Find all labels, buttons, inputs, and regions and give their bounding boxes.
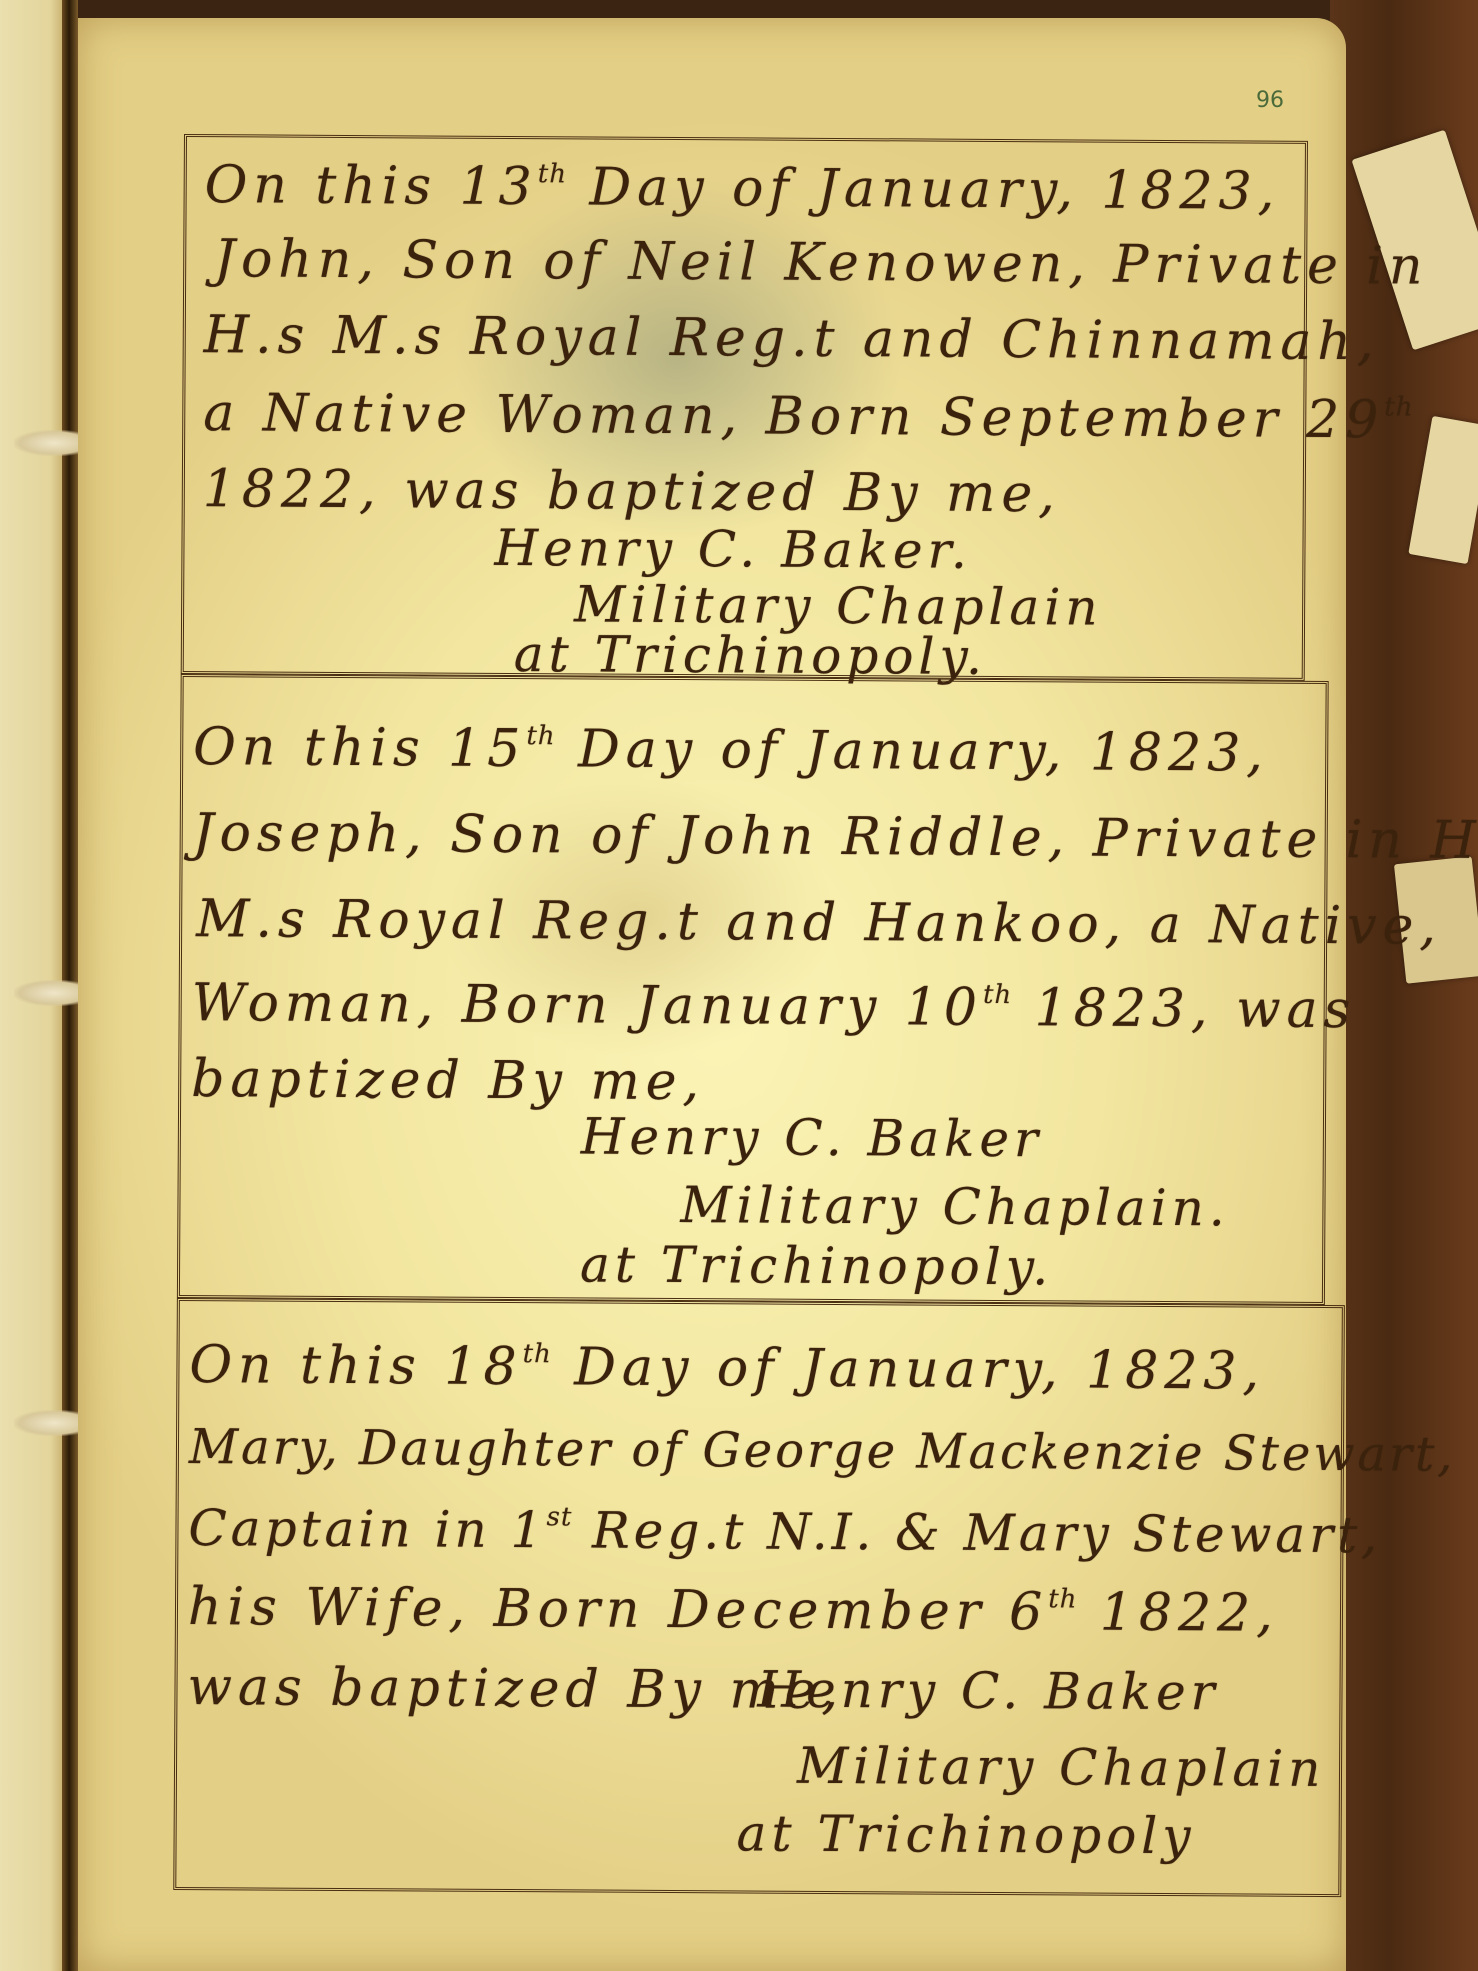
- entry-line: baptized By me,: [191, 1049, 705, 1112]
- entry-line: Woman, Born January 10th 1823, was: [192, 973, 1357, 1040]
- signature-title: Military Chaplain.: [680, 1176, 1230, 1237]
- entry-line: Joseph, Son of John Riddle, Private in H…: [193, 803, 1478, 871]
- signature-location: at Trichinopoly.: [580, 1235, 1053, 1296]
- entry-line: On this 15th Day of January, 1823,: [193, 717, 1269, 784]
- entry-line: his Wife, Born December 6th 1822,: [188, 1577, 1279, 1644]
- page-number: 96: [1256, 88, 1284, 113]
- entry-line: Mary, Daughter of George Mackenzie Stewa…: [189, 1419, 1456, 1483]
- signature-name: Henry C. Baker: [757, 1661, 1219, 1722]
- entry-line: John, Son of Neil Kenowen, Private in: [214, 229, 1429, 296]
- baptism-register: On this 13th Day of January, 1823, John,…: [173, 134, 1352, 1897]
- signature-title: Military Chaplain: [797, 1737, 1326, 1798]
- register-entry: On this 13th Day of January, 1823, John,…: [181, 134, 1308, 681]
- signature-name: Henry C. Baker: [581, 1107, 1043, 1168]
- entry-line: Captain in 1st Reg.t N.I. & Mary Stewart…: [188, 1499, 1381, 1564]
- signature-name: Henry C. Baker.: [494, 519, 972, 580]
- signature-location: at Trichinopoly: [736, 1804, 1195, 1865]
- entry-line: a Native Woman, Born September 29th: [203, 383, 1414, 450]
- entry-line: M.s Royal Reg.t and Hankoo, a Native,: [196, 889, 1442, 957]
- register-entry: On this 15th Day of January, 1823, Josep…: [177, 674, 1329, 1305]
- entry-line: On this 18th Day of January, 1823,: [189, 1335, 1265, 1402]
- entry-line: was baptized By me,: [187, 1657, 844, 1721]
- entry-line: On this 13th Day of January, 1823,: [205, 155, 1281, 222]
- entry-line: 1822, was baptized By me,: [203, 459, 1061, 524]
- entry-line: H.s M.s Royal Reg.t and Chinnamah,: [204, 305, 1380, 372]
- register-entry: On this 18th Day of January, 1823, Mary,…: [173, 1298, 1345, 1897]
